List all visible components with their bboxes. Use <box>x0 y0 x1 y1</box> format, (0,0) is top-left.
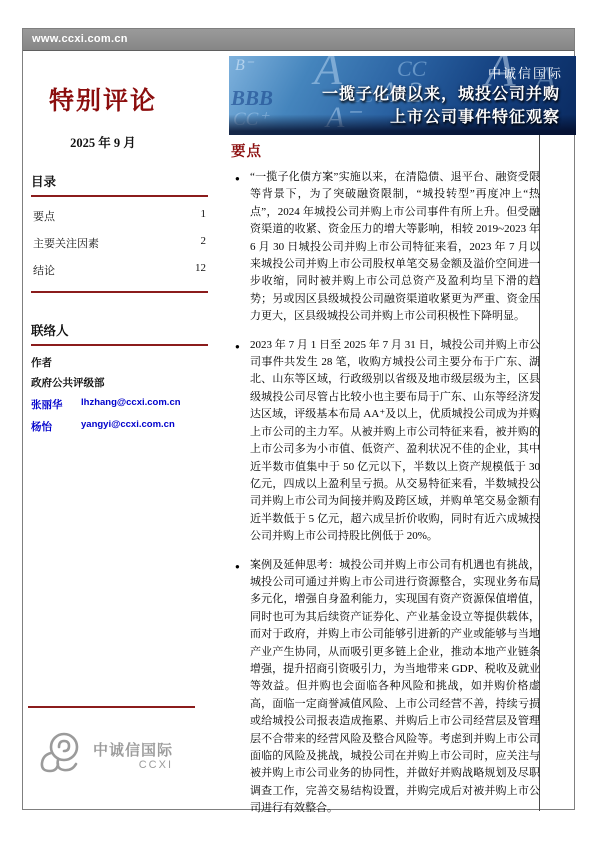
sidebar-bottom-rule <box>28 706 195 708</box>
toc-item-label[interactable]: 结论 <box>33 262 55 278</box>
contact-row: 张丽华lhzhang@ccxi.com.cn <box>31 397 208 412</box>
contact-rows: 张丽华lhzhang@ccxi.com.cn杨怡yangyi@ccxi.com.… <box>31 397 208 434</box>
contact-row: 杨怡yangyi@ccxi.com.cn <box>31 419 208 434</box>
toc-rule-bottom <box>31 291 208 293</box>
contacts-block: 联络人 作者 政府公共评级部 张丽华lhzhang@ccxi.com.cn杨怡y… <box>31 321 208 434</box>
toc-item[interactable]: 要点1 <box>33 208 206 224</box>
toc-item-label[interactable]: 要点 <box>33 208 55 224</box>
table-of-contents: 目录 要点1主要关注因素2结论12 <box>31 172 208 293</box>
main-content: 要点 “一揽子化债方案”实施以来，在清隐债、退平台、融资受限等背景下，为了突破融… <box>229 135 540 829</box>
report-type-title: 特别评论 <box>23 81 183 117</box>
report-title-line1: 一揽子化债以来，城投公司并购 <box>322 83 560 106</box>
report-type-block: 特别评论 <box>23 81 183 117</box>
report-title-line2: 上市公司事件特征观察 <box>322 106 560 129</box>
department-name: 政府公共评级部 <box>31 375 208 390</box>
keypoints-list: “一揽子化债方案”实施以来，在清隐债、退平台、融资受限等背景下，为了突破融资限制… <box>229 169 540 818</box>
report-date: 2025 年 9 月 <box>23 133 183 151</box>
toc-item-label[interactable]: 主要关注因素 <box>33 235 99 251</box>
toc-rule-top <box>31 195 208 197</box>
rating-letter-watermark: CC <box>397 58 426 80</box>
ccxi-elephant-icon <box>37 729 89 780</box>
report-page: www.ccxi.com.cn 特别评论 2025 年 9 月 目录 要点1主要… <box>22 28 575 810</box>
contacts-rule <box>31 344 208 346</box>
keypoint-bullet: 2023 年 7 月 1 日至 2025 年 7 月 31 日，城投公司并购上市… <box>229 337 540 546</box>
contact-name: 杨怡 <box>31 419 81 434</box>
contact-email-link[interactable]: yangyi@ccxi.com.cn <box>81 419 175 434</box>
section-title-keypoints: 要点 <box>231 140 540 161</box>
toc-item-page: 12 <box>195 262 206 278</box>
contact-email-link[interactable]: lhzhang@ccxi.com.cn <box>81 397 181 412</box>
keypoint-bullet: 案例及延伸思考：城投公司并购上市公司有机遇也有挑战，城投公司可通过并购上市公司进… <box>229 557 540 818</box>
ccxi-logo: 中诚信国际 CCXI <box>37 729 217 780</box>
logo-name-cn: 中诚信国际 <box>93 739 173 760</box>
report-main-title: 一揽子化债以来，城投公司并购 上市公司事件特征观察 <box>322 83 560 129</box>
company-name: 中诚信国际 <box>488 63 563 82</box>
toc-item-page: 2 <box>201 235 207 251</box>
header-banner: B⁻ACCAABBBCCA-2CC⁺A⁻ 中诚信国际 一揽子化债以来，城投公司并… <box>229 56 576 135</box>
toc-title: 目录 <box>31 172 208 190</box>
rating-letter-watermark: B⁻ <box>235 58 253 74</box>
logo-text: 中诚信国际 CCXI <box>93 739 173 771</box>
toc-item-page: 1 <box>201 208 207 224</box>
contact-name: 张丽华 <box>31 397 81 412</box>
rating-letter-watermark: BBB <box>231 88 273 109</box>
toc-item[interactable]: 结论12 <box>33 262 206 278</box>
website-link[interactable]: www.ccxi.com.cn <box>32 33 128 45</box>
rating-letter-watermark: CC⁺ <box>233 110 268 129</box>
website-bar: www.ccxi.com.cn <box>23 29 574 51</box>
contacts-title: 联络人 <box>31 321 208 339</box>
author-label: 作者 <box>31 355 208 370</box>
toc-rows: 要点1主要关注因素2结论12 <box>31 208 208 278</box>
toc-item[interactable]: 主要关注因素2 <box>33 235 206 251</box>
logo-name-en: CCXI <box>93 759 173 771</box>
keypoint-bullet: “一揽子化债方案”实施以来，在清隐债、退平台、融资受限等背景下，为了突破融资限制… <box>229 169 540 326</box>
